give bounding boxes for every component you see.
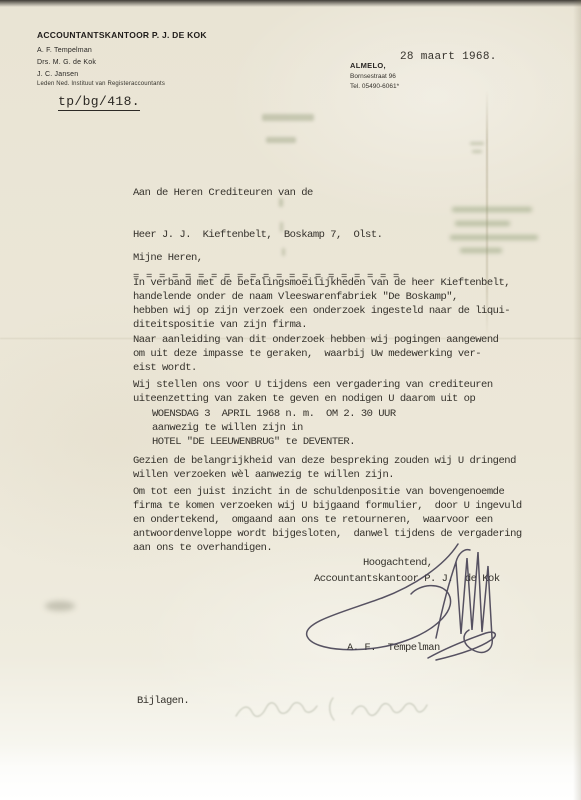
signature-ink — [288, 540, 538, 670]
addressee-line2: Heer J. J. Kieftenbelt, Boskamp 7, Olst. — [133, 228, 400, 242]
sender-phone: Tel. 05490-6061* — [350, 83, 399, 90]
bleed-through-mark — [266, 137, 296, 143]
bleed-through-mark — [470, 142, 484, 145]
enclosures-label: Bijlagen. — [137, 694, 189, 708]
sender-city: ALMELO, — [350, 61, 386, 70]
bleed-through-line — [450, 235, 538, 240]
letterhead-partner: A. F. Tempelman — [37, 45, 92, 57]
scanned-letter-page: ACCOUNTANTSKANTOOR P. J. DE KOK A. F. Te… — [0, 0, 581, 800]
addressee-line1: Aan de Heren Crediteuren van de — [133, 186, 400, 200]
letterhead-partner: J. C. Jansen — [37, 69, 78, 81]
pencil-smudge — [45, 601, 75, 611]
salutation: Mijne Heren, — [133, 251, 203, 265]
sender-street: Bornsestraat 96 — [350, 73, 396, 80]
reference-number-text: tp/bg/418. — [58, 94, 140, 111]
pencil-annotation — [230, 690, 460, 730]
body-paragraph-3: Wij stellen ons voor U tijdens een verga… — [133, 378, 493, 406]
letterhead-partner: Drs. M. G. de Kok — [37, 57, 96, 69]
letterhead-firm-name: ACCOUNTANTSKANTOOR P. J. DE KOK — [37, 30, 207, 40]
letter-date: 28 maart 1968. — [400, 50, 497, 64]
bleed-through-line — [455, 221, 510, 226]
body-paragraph-2: Naar aanleiding van dit onderzoek hebben… — [133, 333, 498, 375]
reference-number: tp/bg/418. — [58, 94, 140, 109]
bleed-through-mark — [472, 150, 482, 153]
bleed-through-line — [452, 207, 532, 212]
letterhead-membership-line: Leden Ned. Instituut van Registeraccount… — [37, 81, 165, 87]
meeting-details: WOENSDAG 3 APRIL 1968 n. m. OM 2. 30 UUR… — [152, 407, 396, 449]
body-paragraph-1: In verband met de betalingsmoeilijkheden… — [133, 276, 510, 332]
body-paragraph-4: Gezien de belangrijkheid van deze bespre… — [133, 454, 516, 482]
bleed-through-mark — [262, 114, 314, 121]
paper-right-edge-shadow — [573, 0, 581, 800]
bleed-through-line — [460, 248, 502, 253]
scan-top-edge — [0, 0, 581, 7]
